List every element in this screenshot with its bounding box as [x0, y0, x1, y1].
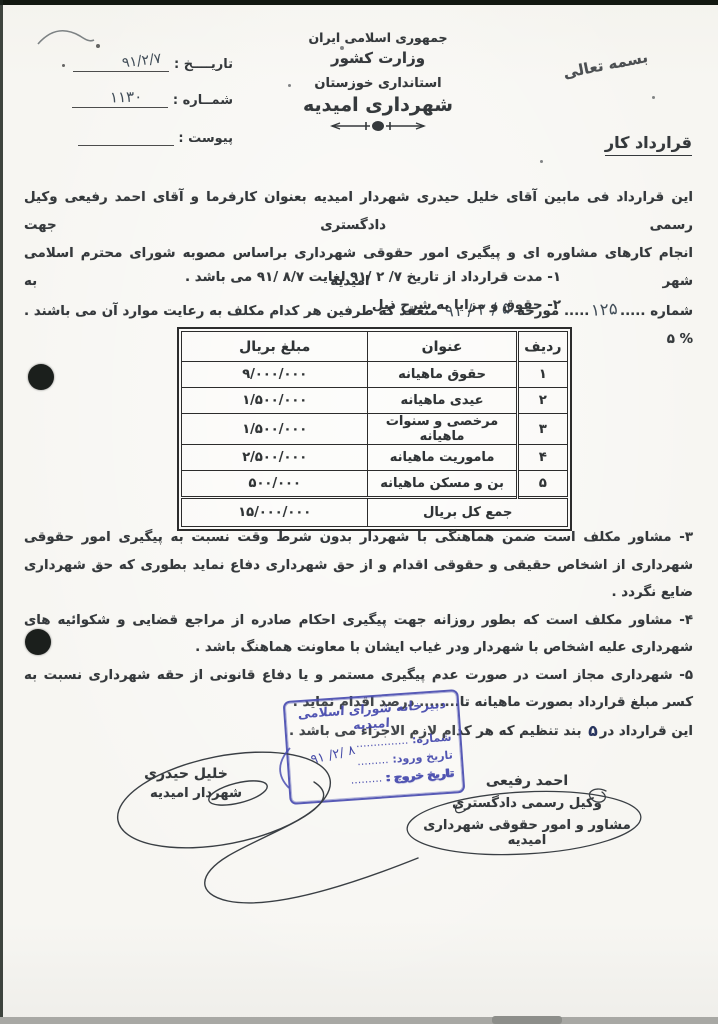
percent-note: ۵ %: [667, 332, 693, 347]
mayor-role: شهردار امیدیه: [116, 786, 276, 801]
punch-hole: [25, 629, 51, 655]
letterhead-municipality: شهرداری امیدیه: [278, 94, 478, 116]
letterhead-ministry: وزارت کشور: [278, 49, 478, 67]
ink-speck: [96, 44, 100, 48]
date-handwritten-value: ۹۱/۲/۷: [121, 51, 162, 72]
table-total-row: جمع کل بریال ۱۵/۰۰۰/۰۰۰: [182, 498, 568, 527]
clause-1: ۱- مدت قرارداد از تاریخ ۹۱/ ۲ /۷ لغایت ۹…: [24, 264, 561, 292]
stamp-exit-dots: .........: [350, 772, 382, 787]
row-no: ۱: [517, 362, 567, 388]
attachment-label: پیوست :: [178, 131, 233, 146]
number-handwritten-value: ۱۱۳۰: [110, 87, 143, 106]
table-row: ۳ مرخصی و سنوات ماهیانه ۱/۵۰۰/۰۰۰: [182, 414, 568, 445]
document-title: قرارداد کار: [605, 133, 692, 156]
row-no: ۲: [517, 388, 567, 414]
salary-table: ردیف عنوان مبلغ بریال ۱ حقوق ماهیانه ۹/۰…: [177, 327, 572, 531]
stamp-entry-dots: .........: [357, 753, 389, 768]
table-row: ۴ ماموریت ماهیانه ۲/۵۰۰/۰۰۰: [182, 445, 568, 471]
consultant-role1: وکیل رسمی دادگستری: [402, 796, 652, 811]
ink-speck: [62, 64, 65, 67]
scan-edge-bottom: [0, 1017, 718, 1024]
clause-1-text3: می باشد .: [185, 270, 257, 285]
letterhead-country: جمهوری اسلامی ایران: [278, 30, 478, 45]
row-no: ۳: [517, 414, 567, 445]
row-amount: ۱/۵۰۰/۰۰۰: [182, 414, 368, 445]
ink-speck: [288, 84, 291, 87]
row-no: ۵: [517, 471, 567, 498]
row-amount: ۱/۵۰۰/۰۰۰: [182, 388, 368, 414]
clause-1-text: ۱- مدت قرارداد از تاریخ: [402, 270, 561, 285]
table-row: ۵ بن و مسکن ماهیانه ۵۰۰/۰۰۰: [182, 471, 568, 498]
stamp-org-name: دبیرخانه شورای اسلامی امیدیه: [294, 696, 451, 737]
letterhead-center: جمهوری اسلامی ایران وزارت کشور استانداری…: [278, 30, 478, 133]
letterhead-governorate: استانداری خوزستان: [278, 76, 478, 91]
header-item: عنوان: [368, 332, 517, 362]
ink-speck: [340, 46, 344, 50]
row-item: حقوق ماهیانه: [368, 362, 517, 388]
row-no: ۴: [517, 445, 567, 471]
clause-1-from-date: ۹۱/ ۲ /۷: [350, 270, 402, 285]
meta-attachment-row: پیوست :: [33, 128, 233, 146]
row-amount: ۹/۰۰۰/۰۰۰: [182, 362, 368, 388]
attachment-field: [78, 128, 174, 146]
consultant-role2: مشاور و امور حقوقی شهرداری امیدیه: [402, 818, 652, 848]
table-row: ۲ عیدی ماهیانه ۱/۵۰۰/۰۰۰: [182, 388, 568, 414]
table-row: ۱ حقوق ماهیانه ۹/۰۰۰/۰۰۰: [182, 362, 568, 388]
row-item: بن و مسکن ماهیانه: [368, 471, 517, 498]
clause-4: ۴- مشاور مکلف است که بطور روزانه جهت پیگ…: [24, 607, 693, 662]
punch-hole: [28, 364, 54, 390]
divider-ornament-icon: [330, 119, 426, 133]
row-item: مرخصی و سنوات ماهیانه: [368, 414, 517, 445]
table-header-row: ردیف عنوان مبلغ بریال: [182, 332, 568, 362]
pen-scribble-topleft: [38, 31, 94, 44]
scan-smudge: [492, 1016, 562, 1024]
salary-table-grid: ردیف عنوان مبلغ بریال ۱ حقوق ماهیانه ۹/۰…: [181, 331, 568, 527]
row-item: عیدی ماهیانه: [368, 388, 517, 414]
stamp-number-dots: ...............: [355, 734, 408, 751]
clause-2: ۲- حقوق و مزایا به شرح ذیل: [24, 292, 561, 320]
clause-1-text2: لغایت: [304, 270, 350, 285]
clause-3: ۳- مشاور مکلف است ضمن هماهنگی با شهردار …: [24, 524, 693, 607]
row-amount: ۵۰۰/۰۰۰: [182, 471, 368, 498]
consultant-name: احمد رفیعی: [402, 773, 652, 789]
clause-1-to-date: ۹۱/ ۸/۷: [257, 270, 304, 285]
header-row-no: ردیف: [517, 332, 567, 362]
closing-text: این قرارداد در: [600, 724, 693, 739]
header-amount: مبلغ بریال: [182, 332, 368, 362]
total-amount: ۱۵/۰۰۰/۰۰۰: [182, 498, 368, 527]
date-field: ۹۱/۲/۷: [73, 54, 169, 72]
meta-number-row: شمــاره : ۱۱۳۰: [33, 90, 233, 108]
mayor-name: خلیل حیدری: [106, 766, 266, 782]
stamp-number-label: شماره:: [412, 731, 452, 747]
row-item: ماموریت ماهیانه: [368, 445, 517, 471]
stamp-entry-label: تاریخ ورود:: [392, 749, 453, 766]
number-label: شمــاره :: [173, 93, 233, 108]
intro-line1: این قرارداد فی مابین آقای خلیل حیدری شهر…: [24, 184, 693, 240]
scan-edge-top: [0, 0, 718, 5]
signature-block-mayor: خلیل حیدری شهردار امیدیه: [106, 766, 266, 801]
date-label: تاریــــخ :: [174, 57, 233, 72]
total-label: جمع کل بریال: [368, 498, 568, 527]
meta-date-row: تاریــــخ : ۹۱/۲/۷: [33, 54, 233, 72]
signature-block-consultant: احمد رفیعی وکیل رسمی دادگستری مشاور و ام…: [402, 773, 652, 848]
scanned-contract-page: بسمه تعالی جمهوری اسلامی ایران وزارت کشو…: [0, 0, 718, 1024]
clauses-1-2: ۱- مدت قرارداد از تاریخ ۹۱/ ۲ /۷ لغایت ۹…: [24, 264, 693, 320]
ink-speck: [540, 160, 543, 163]
closing-count-handwritten: ۵: [586, 718, 599, 746]
ink-speck: [652, 96, 655, 99]
row-amount: ۲/۵۰۰/۰۰۰: [182, 445, 368, 471]
scan-edge-left: [0, 0, 3, 1024]
number-field: ۱۱۳۰: [72, 90, 168, 108]
bismillah-calligraphy: بسمه تعالی: [547, 45, 663, 85]
